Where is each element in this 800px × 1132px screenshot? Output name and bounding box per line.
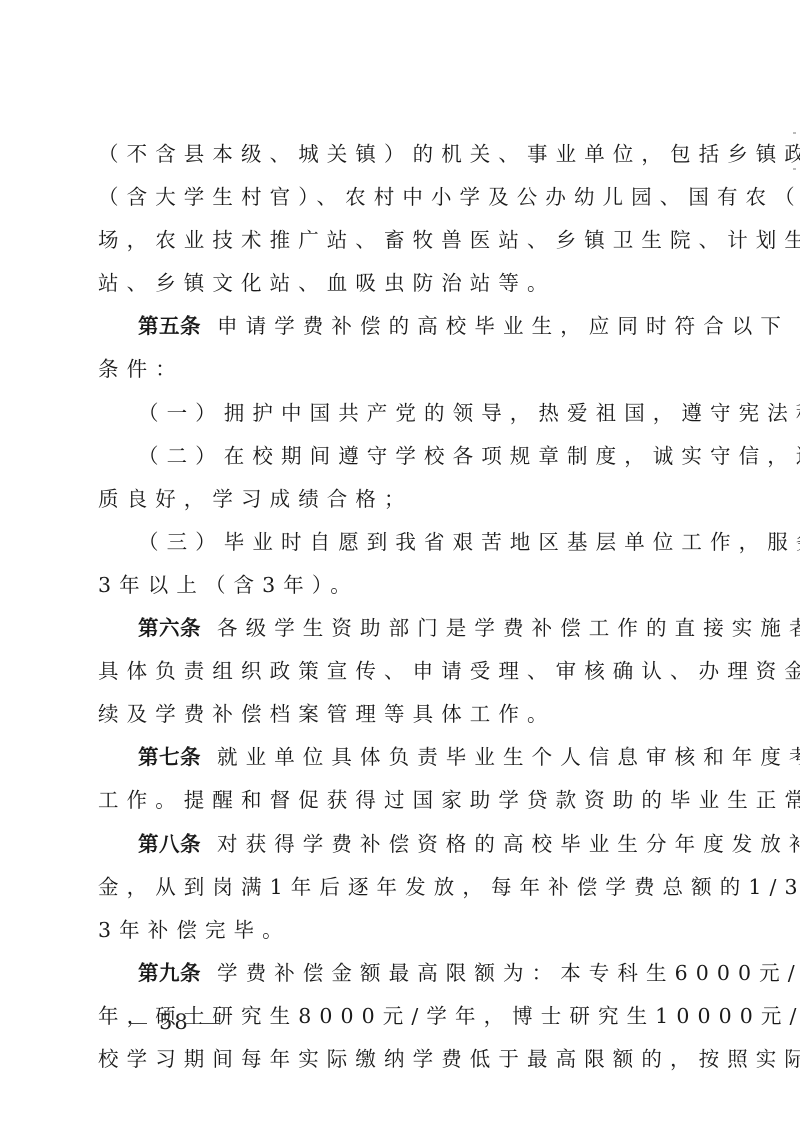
- text-line: 质良好，学习成绩合格；: [98, 478, 698, 521]
- article-8-label: 第八条: [138, 832, 201, 856]
- article-6-label: 第六条: [138, 616, 201, 640]
- text-line: 金，从到岗满1年后逐年发放，每年补偿学费总额的1/3，连续: [98, 866, 698, 909]
- text-line: 场，农业技术推广站、畜牧兽医站、乡镇卫生院、计划生育服务: [98, 219, 698, 262]
- page-number: 58: [117, 1010, 232, 1034]
- text-line: 3年补偿完毕。: [98, 909, 698, 952]
- text-line: 续及学费补偿档案管理等具体工作。: [98, 693, 698, 736]
- dash-right: [202, 1023, 220, 1025]
- scan-mark: [793, 168, 796, 170]
- text-line: 工作。提醒和督促获得过国家助学贷款资助的毕业生正常还款。: [98, 779, 698, 822]
- article-7-text: 就业单位具体负责毕业生个人信息审核和年度考核: [217, 745, 800, 769]
- text-line: 站、乡镇文化站、血吸虫防治站等。: [98, 262, 698, 305]
- document-page: （不含县本级、城关镇）的机关、事业单位，包括乡镇政府机关 （含大学生村官）、农村…: [0, 0, 800, 1132]
- text-line: 3年以上（含3年）。: [98, 564, 698, 607]
- article-5-label: 第五条: [138, 314, 201, 338]
- article-8-first-line: 第八条对获得学费补偿资格的高校毕业生分年度发放补偿: [98, 823, 698, 866]
- document-body: （不含县本级、城关镇）的机关、事业单位，包括乡镇政府机关 （含大学生村官）、农村…: [98, 133, 698, 1081]
- article-9-label: 第九条: [138, 961, 201, 985]
- article-6-first-line: 第六条各级学生资助部门是学费补偿工作的直接实施者，: [98, 607, 698, 650]
- text-line: 具体负责组织政策宣传、申请受理、审核确认、办理资金发放手: [98, 650, 698, 693]
- article-5-item-3: （三）毕业时自愿到我省艰苦地区基层单位工作，服务期在: [98, 521, 698, 564]
- text-line: 条件：: [98, 348, 698, 391]
- article-7-label: 第七条: [138, 745, 201, 769]
- article-5-first-line: 第五条申请学费补偿的高校毕业生，应同时符合以下: [98, 305, 698, 348]
- text-line: （含大学生村官）、农村中小学及公办幼儿园、国有农（牧、林）: [98, 176, 698, 219]
- article-6-text: 各级学生资助部门是学费补偿工作的直接实施者，: [217, 616, 800, 640]
- scan-mark: [793, 132, 796, 134]
- article-8-text: 对获得学费补偿资格的高校毕业生分年度发放补偿: [217, 832, 800, 856]
- article-5-item-2: （二）在校期间遵守学校各项规章制度，诚实守信，道德品: [98, 435, 698, 478]
- article-7-first-line: 第七条就业单位具体负责毕业生个人信息审核和年度考核: [98, 736, 698, 779]
- article-9-first-line: 第九条学费补偿金额最高限额为：本专科生6000元/学: [98, 952, 698, 995]
- dash-left: [129, 1023, 147, 1025]
- article-5-text: 申请学费补偿的高校毕业生，应同时符合以下: [217, 314, 789, 338]
- article-9-text: 学费补偿金额最高限额为：本专科生6000元/学: [217, 961, 800, 985]
- text-line: （不含县本级、城关镇）的机关、事业单位，包括乡镇政府机关: [98, 133, 698, 176]
- article-5-item-1: （一）拥护中国共产党的领导，热爱祖国，遵守宪法和法律；: [98, 392, 698, 435]
- text-line: 校学习期间每年实际缴纳学费低于最高限额的，按照实际缴纳学: [98, 1038, 698, 1081]
- page-number-value: 58: [159, 1010, 190, 1034]
